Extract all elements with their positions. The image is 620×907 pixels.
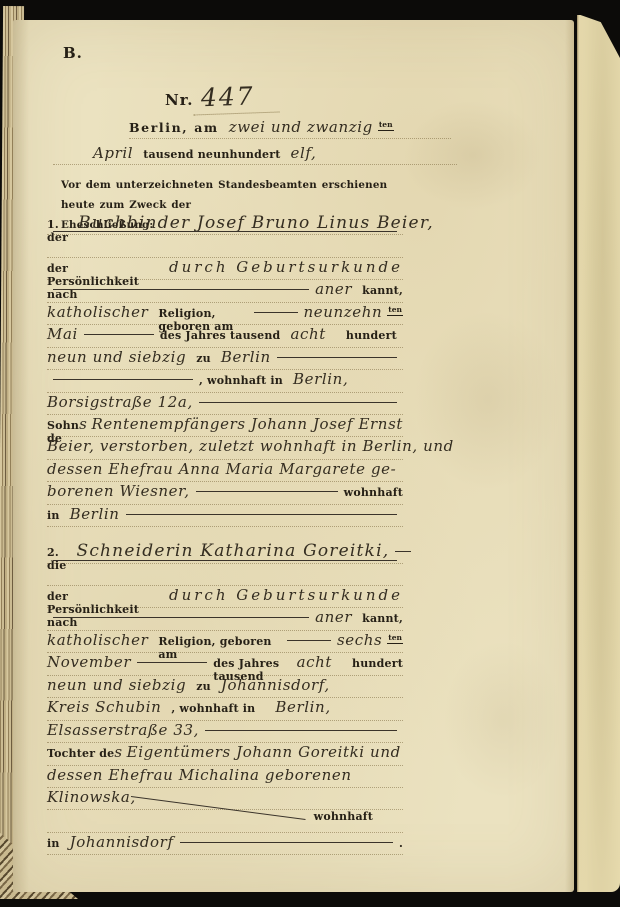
year-entry: acht [290, 325, 325, 343]
residence-entry: Berlin, [293, 370, 348, 388]
groom-mother-row-2: borenen Wiesner, wohnhaft [47, 482, 403, 504]
father-entry: Eigentümers Johann Goreitki und [127, 743, 401, 761]
filler-line [53, 617, 309, 618]
parents-residence-entry: Berlin [70, 505, 120, 523]
in-label: in [47, 509, 60, 522]
groom-mother-row: dessen Ehefrau Anna Maria Margarete ge- [47, 460, 403, 482]
recognized-entry: aner [315, 608, 352, 626]
recognized-label: kannt, [362, 284, 403, 297]
bride-wohnhaft-row: wohnhaft [47, 810, 403, 832]
birth-place-entry-2: Kreis Schubin [47, 698, 161, 716]
parents-wohnhaft-label: wohnhaft [314, 810, 373, 823]
bride-residence-row: Kreis Schubin , wohnhaft in Berlin, [47, 698, 403, 720]
recognized-entry: aner [315, 280, 352, 298]
groom-parents-residence-row: in Berlin [47, 505, 403, 527]
section-label: B. [63, 44, 83, 62]
zu-label: zu [196, 680, 211, 693]
number-label: Nr. [165, 91, 193, 109]
adjacent-page [577, 15, 620, 892]
number-value: 447 [193, 81, 280, 116]
parents-wohnhaft-label: wohnhaft [344, 486, 403, 499]
groom-father-row: Sohn de s Rentenempfängers Johann Josef … [47, 415, 403, 437]
bride-religion-row: katholischer Religion, geboren am sechs … [47, 631, 403, 653]
year-century-label: tausend neunhundert [143, 148, 280, 161]
groom-residence-row: , wohnhaft in Berlin, [47, 370, 403, 392]
year-tail-entry: neun und siebzig [47, 348, 186, 366]
filler-line [199, 402, 397, 403]
place-date-label: Berlin, am [129, 120, 219, 135]
street-entry: Elsasserstraße 33, [47, 721, 199, 739]
bride-mother-row: dessen Ehefrau Michalina geborenen [47, 766, 403, 788]
father-entry: Rentenempfängers Johann Josef Ernst [91, 415, 403, 433]
date-day-entry: zwei und zwanzig [229, 118, 373, 136]
date-year-entry: elf, [290, 144, 316, 162]
daughter-label: Tochter de [47, 747, 114, 760]
son-suffix-entry: s [79, 415, 87, 433]
identity-entry: durch Geburtsurkunde [169, 586, 403, 604]
filler-line [84, 334, 154, 335]
year-label-2: hundert [352, 657, 403, 670]
birth-day-suffix-label: ten [387, 305, 403, 316]
end-period: . [399, 837, 403, 850]
filler-line [53, 560, 397, 561]
wohnhaft-label: , wohnhaft in [199, 374, 283, 387]
filler-line [254, 312, 298, 313]
year-entry: acht [297, 653, 332, 671]
filler-line [53, 289, 309, 290]
birth-day-entry: sechs [337, 631, 382, 649]
groom-name-entry: Buchbinder Josef Bruno Linus Beier, [78, 213, 434, 233]
filler-line [53, 231, 397, 232]
date-month-entry: April [93, 144, 133, 162]
paper-stain [413, 310, 563, 490]
religion-entry: katholischer [47, 631, 148, 649]
record-number: Nr. 447 [165, 82, 279, 114]
birth-day-suffix-label: ten [387, 633, 403, 644]
bride-mother-row-2: Klinowska, [47, 788, 403, 810]
birth-day-entry: neunzehn [304, 303, 383, 321]
recognized-label: kannt, [362, 612, 403, 625]
birth-place-entry: Berlin [221, 348, 271, 366]
intro-line-1: Vor dem unterzeichneten Standesbeamten e… [61, 176, 409, 216]
filler-line [137, 662, 207, 663]
mother-entry-1: dessen Ehefrau Anna Maria Margarete ge- [47, 460, 396, 478]
filler-line [287, 640, 331, 641]
groom-father-row-2: Beier, verstorben, zuletzt wohnhaft in B… [47, 437, 403, 459]
bride-father-row: Tochter de s Eigentümers Johann Goreitki… [47, 743, 403, 765]
form-body: 1. der Buchbinder Josef Bruno Linus Beie… [47, 213, 403, 855]
zu-label: zu [196, 352, 211, 365]
day-suffix-label: ten [378, 120, 394, 131]
birth-place-entry: Johannisdorf, [221, 676, 330, 694]
birth-month-entry: Mai [47, 325, 78, 343]
dateline-row-2: April tausend neunhundert elf, [53, 144, 457, 165]
blank-ruled-row [47, 564, 403, 586]
identity-label: der Persönlichkeit nach [47, 590, 159, 629]
birth-month-entry: November [47, 653, 131, 671]
wohnhaft-label: , wohnhaft in [171, 702, 255, 715]
mother-entry-1: dessen Ehefrau Michalina geborenen [47, 766, 352, 784]
filler-line [196, 491, 338, 492]
religion-entry: katholischer [47, 303, 148, 321]
register-page: B. Nr. 447 Berlin, am zwei und zwanzig t… [13, 20, 574, 892]
identity-label: der Persönlichkeit nach [47, 262, 159, 301]
filler-line [205, 730, 397, 731]
bride-birth-place-row: neun und siebzig zu Johannisdorf, [47, 676, 403, 698]
filler-line [180, 842, 393, 843]
groom-birth-month-row: Mai des Jahres tausend acht hundert [47, 325, 403, 347]
filler-line [395, 551, 411, 552]
bride-name-entry: Schneiderin Katharina Goreitki, [76, 541, 389, 561]
mother-entry-2: Klinowska, [47, 788, 136, 806]
street-entry: Borsigstraße 12a, [47, 393, 193, 411]
paper-stain [443, 640, 563, 800]
groom-street-row: Borsigstraße 12a, [47, 393, 403, 415]
bride-street-row: Elsasserstraße 33, [47, 721, 403, 743]
identity-entry: durch Geburtsurkunde [169, 258, 403, 276]
bride-birth-month-row: November des Jahres tausend acht hundert [47, 653, 403, 675]
in-label: in [47, 837, 60, 850]
groom-religion-row: katholischer Religion, geboren am neunze… [47, 303, 403, 325]
daughter-suffix-entry: s [114, 743, 122, 761]
groom-birth-place-row: neun und siebzig zu Berlin [47, 348, 403, 370]
bride-parents-residence-row: in Johannisdorf . [47, 833, 403, 855]
dateline-row-1: Berlin, am zwei und zwanzig ten [129, 118, 451, 139]
bride-identity-row: der Persönlichkeit nach durch Geburtsurk… [47, 586, 403, 608]
blank-ruled-row [47, 235, 403, 257]
parents-residence-entry: Johannisdorf [70, 833, 174, 851]
groom-identity-row: der Persönlichkeit nach durch Geburtsurk… [47, 258, 403, 280]
mother-entry-2: borenen Wiesner, [47, 482, 190, 500]
residence-entry: Berlin, [275, 698, 330, 716]
year-tail-entry: neun und siebzig [47, 676, 186, 694]
filler-line [53, 379, 193, 380]
father-entry-2: Beier, verstorben, zuletzt wohnhaft in B… [47, 437, 454, 455]
filler-line [126, 514, 397, 515]
year-label-2: hundert [346, 329, 397, 342]
photo-background: { "document": { "section_label": "B.", "… [0, 0, 620, 907]
year-label-1: des Jahres tausend [160, 329, 281, 342]
filler-line [277, 357, 397, 358]
